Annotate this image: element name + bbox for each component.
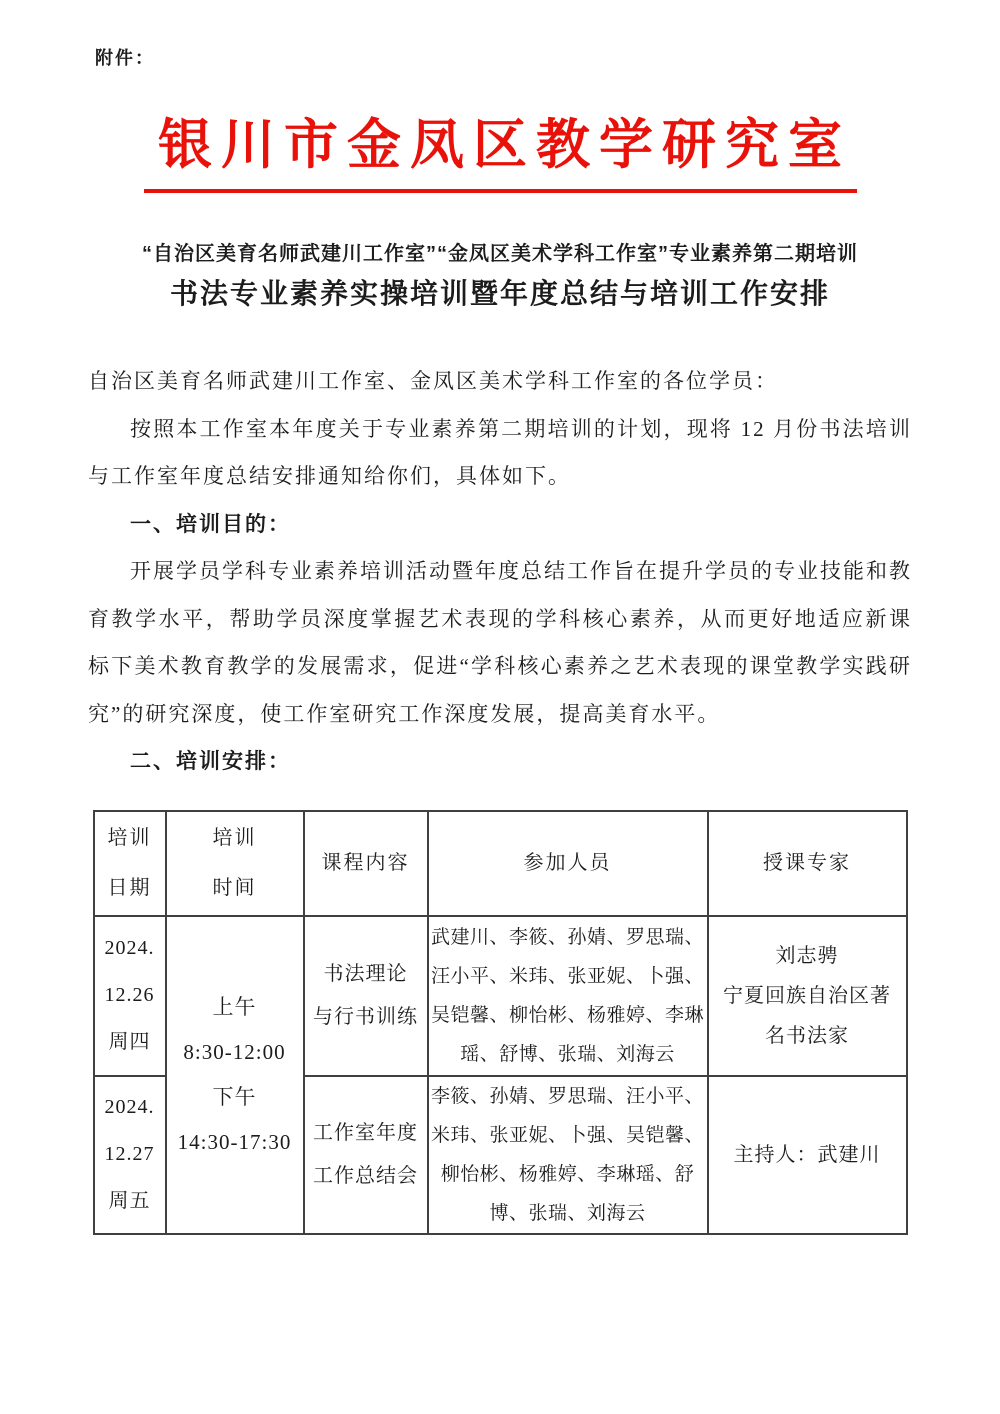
date-cell-day1: 2024. 12.26 周四 [94, 916, 166, 1076]
attachment-label: 附件： [95, 0, 1000, 70]
document-body: 自治区美育名师武建川工作室、金凤区美术学科工作室的各位学员： 按照本工作室本年度… [88, 358, 912, 786]
section-2-heading: 二、培训安排： [88, 738, 912, 786]
course-cell-day1: 书法理论 与行书训练 [304, 916, 428, 1076]
col-header-training-date: 培训 日期 [94, 811, 166, 916]
training-session-subtitle: “自治区美育名师武建川工作室”“金凤区美术学科工作室”专业素养第二期培训 [0, 237, 1000, 266]
document-title: 书法专业素养实操培训暨年度总结与培训工作安排 [0, 272, 1000, 312]
expert-cell-day2: 主持人：武建川 [708, 1076, 907, 1234]
salutation: 自治区美育名师武建川工作室、金凤区美术学科工作室的各位学员： [88, 358, 912, 406]
document-page: 附件： 银川市金凤区教学研究室 “自治区美育名师武建川工作室”“金凤区美术学科工… [0, 0, 1000, 1414]
col-header-lecturer: 授课专家 [708, 811, 907, 916]
time-cell-merged: 上午 8:30-12:00 下午 14:30-17:30 [166, 916, 304, 1234]
col-header-training-time: 培训 时间 [166, 811, 304, 916]
training-schedule-table: 培训 日期 培训 时间 课程内容 参加人员 授课专家 2024. 12.26 周… [93, 810, 908, 1235]
participants-cell-day2: 李筱、孙婧、罗思瑞、汪小平、米玮、张亚妮、卜强、吴铠馨、柳怡彬、杨雅婷、李琳瑶、… [428, 1076, 708, 1234]
expert-cell-day1: 刘志骋 宁夏回族自治区著 名书法家 [708, 916, 907, 1076]
section-1-paragraph: 开展学员学科专业素养培训活动暨年度总结工作旨在提升学员的专业技能和教育教学水平，… [88, 548, 912, 738]
table-header-row: 培训 日期 培训 时间 课程内容 参加人员 授课专家 [94, 811, 907, 916]
course-cell-day2: 工作室年度 工作总结会 [304, 1076, 428, 1234]
col-header-course-content: 课程内容 [304, 811, 428, 916]
col-header-participants: 参加人员 [428, 811, 708, 916]
section-1-heading: 一、培训目的： [88, 501, 912, 549]
participants-cell-day1: 武建川、李筱、孙婧、罗思瑞、汪小平、米玮、张亚妮、卜强、吴铠馨、柳怡彬、杨雅婷、… [428, 916, 708, 1076]
date-cell-day2: 2024. 12.27 周五 [94, 1076, 166, 1234]
letterhead-title: 银川市金凤区教学研究室 [0, 110, 1000, 180]
letterhead-rule [144, 189, 857, 193]
intro-paragraph: 按照本工作室本年度关于专业素养第二期培训的计划，现将 12 月份书法培训与工作室… [88, 406, 912, 501]
table-row: 2024. 12.26 周四 上午 8:30-12:00 下午 14:30-17… [94, 916, 907, 1076]
